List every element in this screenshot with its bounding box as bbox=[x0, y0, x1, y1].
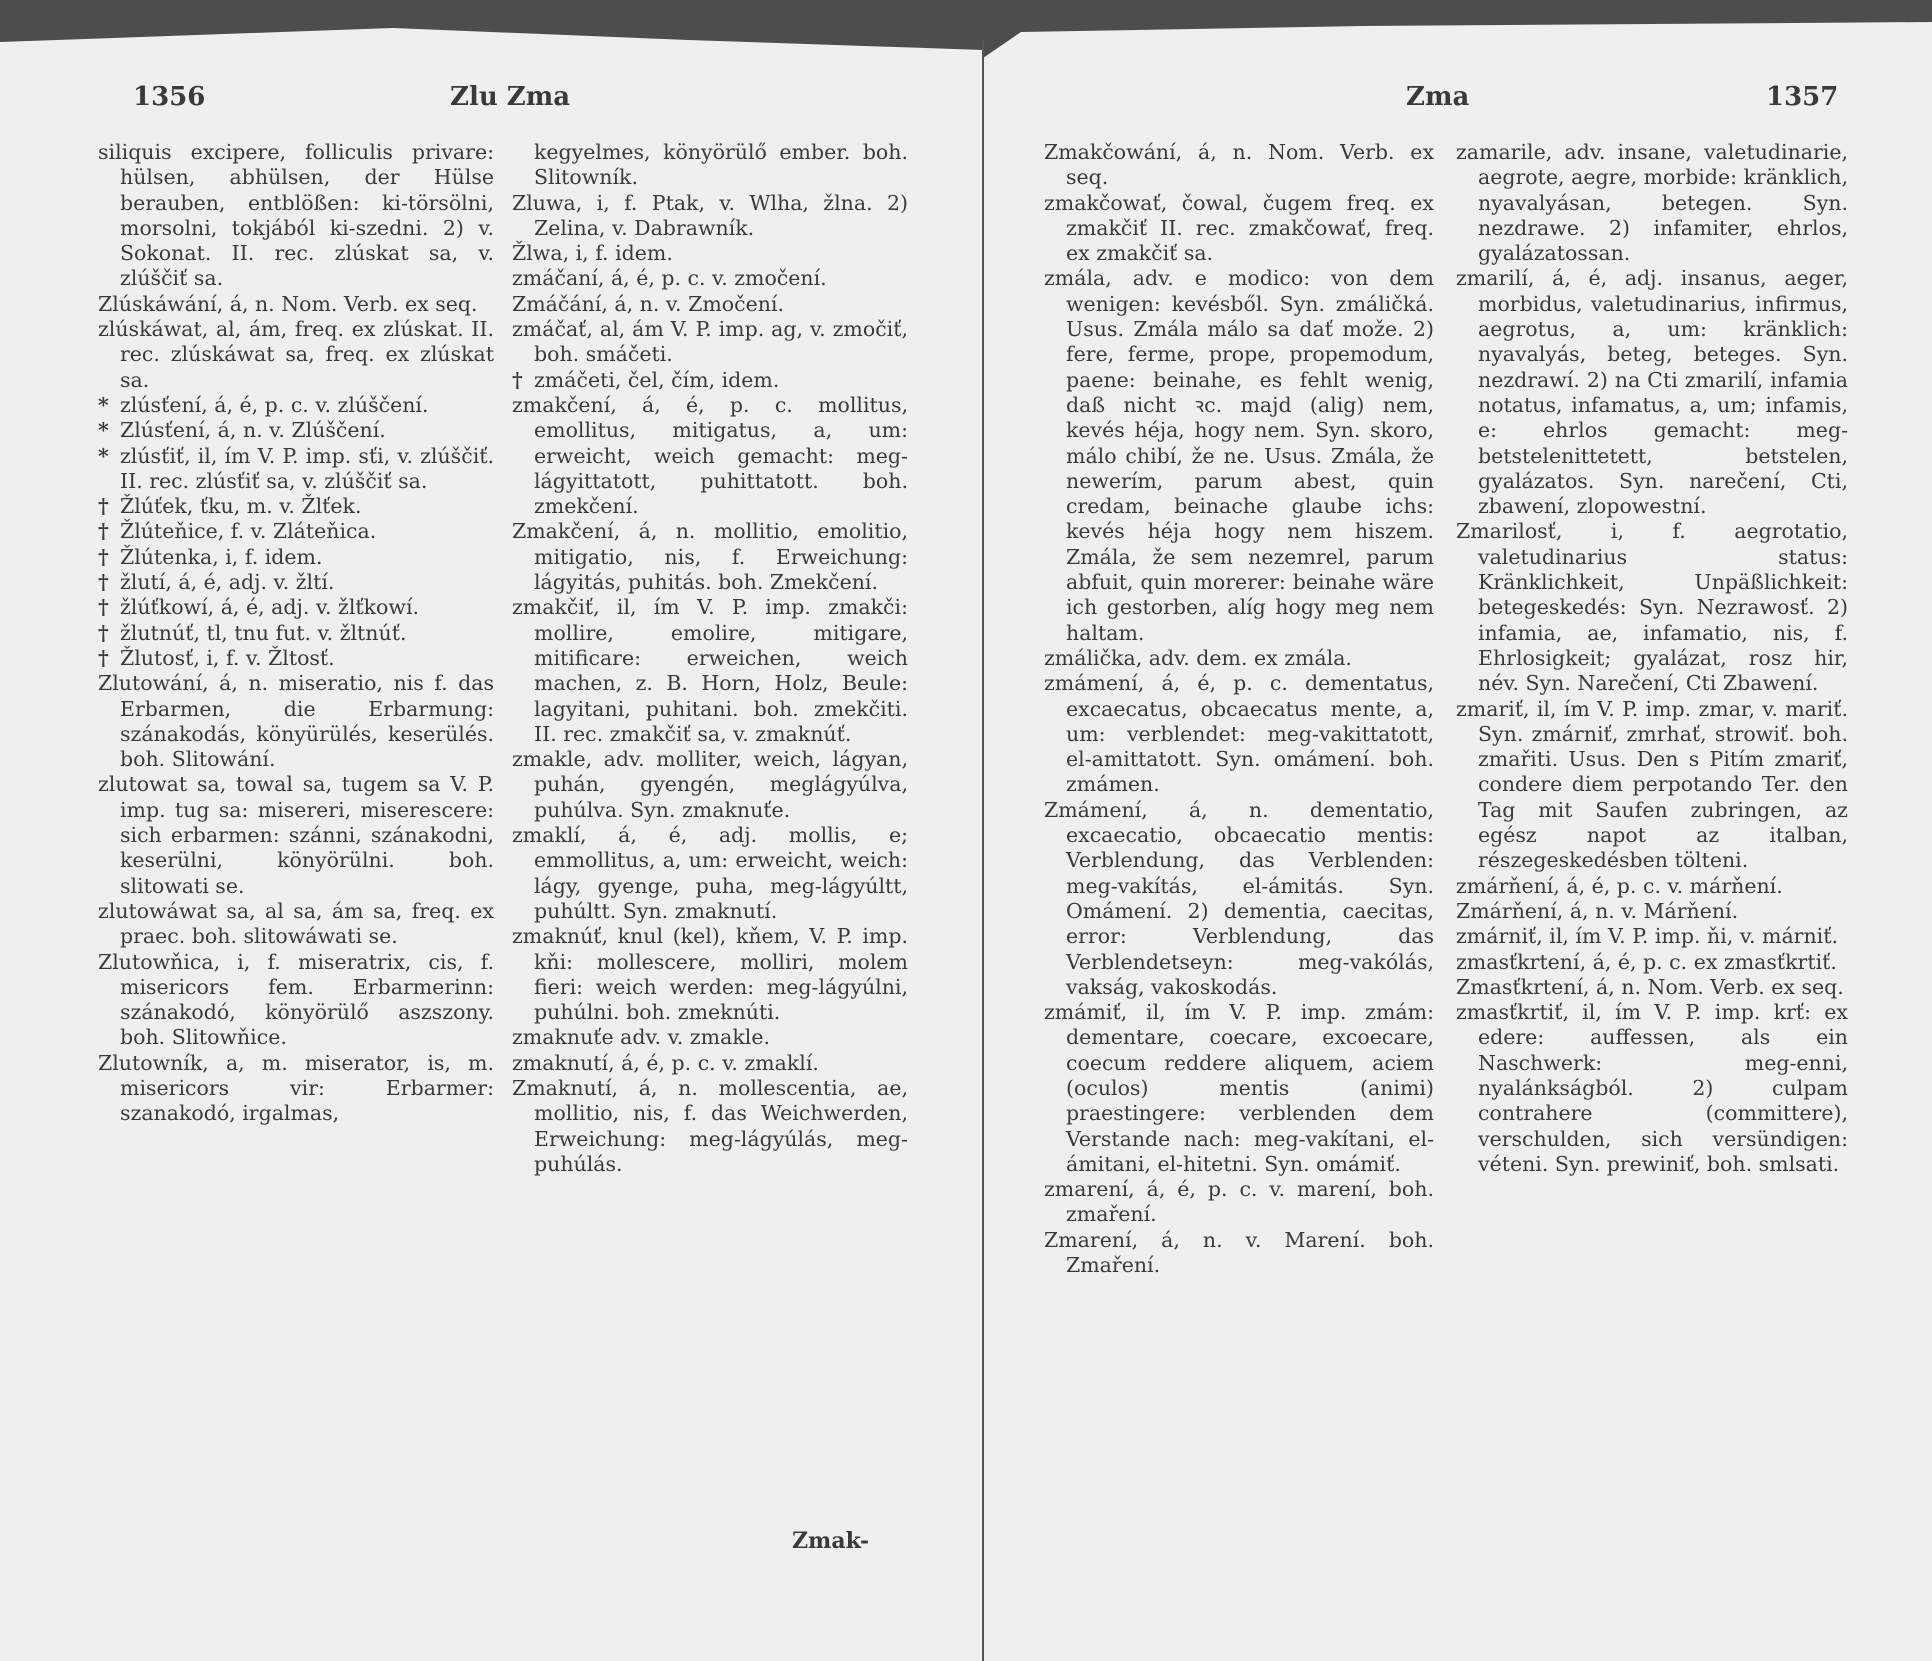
dagger-marker: † bbox=[512, 368, 534, 393]
dictionary-entry: siliquis excipere, folliculis privare: h… bbox=[98, 140, 494, 292]
dictionary-entry: zmakle, adv. molliter, weich, lágyan, pu… bbox=[512, 747, 908, 823]
dictionary-entry: Zmámení, á, n. dementatio, excaecatio, o… bbox=[1044, 798, 1434, 1000]
dictionary-entry: zmáčať, al, ám V. P. imp. ag, v. zmočiť,… bbox=[512, 317, 908, 368]
dictionary-entry: Zmárňení, á, n. v. Márňení. bbox=[1456, 899, 1848, 924]
entry-text: Zmarení, á, n. v. Marení. boh. Zmaření. bbox=[1044, 1228, 1434, 1277]
dictionary-entry: Zmakčowání, á, n. Nom. Verb. ex seq. bbox=[1044, 140, 1434, 191]
entry-text: zmakčowať, čowal, čugem freq. ex zmakčiť… bbox=[1044, 191, 1434, 266]
entry-text: zmámení, á, é, p. c. dementatus, excaeca… bbox=[1044, 671, 1434, 796]
entry-text: zmaknuťe adv. v. zmakle. bbox=[512, 1025, 770, 1049]
dictionary-entry: zmasťkrtiť, il, ím V. P. imp. krť: ex ed… bbox=[1456, 1000, 1848, 1177]
right-page-column-1: Zmakčowání, á, n. Nom. Verb. ex seq.zmak… bbox=[1044, 140, 1434, 1278]
entry-text: zlúsťení, á, é, p. c. v. zlúščení. bbox=[120, 393, 428, 417]
dictionary-entry: zmáčaní, á, é, p. c. v. zmočení. bbox=[512, 266, 908, 291]
book-gutter bbox=[982, 40, 984, 1661]
dictionary-entry: †žlúťkowí, á, é, adj. v. žlťkowí. bbox=[98, 595, 494, 620]
dictionary-entry: zmaklí, á, é, adj. mollis, e; emmollitus… bbox=[512, 823, 908, 924]
entry-text: Zlúskáwání, á, n. Nom. Verb. ex seq. bbox=[98, 292, 477, 316]
entry-text: zmárniť, il, ím V. P. imp. ňi, v. márniť… bbox=[1456, 924, 1838, 948]
entry-text: zmarilí, á, é, adj. insanus, aeger, morb… bbox=[1456, 266, 1848, 518]
dictionary-entry: zmárniť, il, ím V. P. imp. ňi, v. márniť… bbox=[1456, 924, 1848, 949]
dictionary-entry: zmárňení, á, é, p. c. v. márňení. bbox=[1456, 874, 1848, 899]
left-page-number: 1356 bbox=[133, 82, 205, 112]
dagger-marker: † bbox=[98, 621, 120, 646]
entry-text: zmasťkrtení, á, é, p. c. ex zmasťkrtiť. bbox=[1456, 950, 1837, 974]
dictionary-entry: zmakčení, á, é, p. c. mollitus, emollitu… bbox=[512, 393, 908, 519]
dictionary-entry: Zlutowání, á, n. miseratio, nis f. das E… bbox=[98, 671, 494, 772]
entry-text: zmálička, adv. dem. ex zmála. bbox=[1044, 646, 1352, 670]
entry-text: zlutowáwat sa, al sa, ám sa, freq. ex pr… bbox=[98, 899, 494, 948]
entry-text: Zlutowání, á, n. miseratio, nis f. das E… bbox=[98, 671, 494, 771]
entry-text: Žlúteňice, f. v. Zláteňica. bbox=[120, 519, 376, 543]
right-page-number: 1357 bbox=[1766, 82, 1838, 112]
entry-text: zmála, adv. e modico: von dem wenigen: k… bbox=[1044, 266, 1434, 644]
entry-text: žlutnúť, tl, tnu fut. v. žltnúť. bbox=[120, 621, 406, 645]
entry-text: zmarení, á, é, p. c. v. marení, boh. zma… bbox=[1044, 1177, 1434, 1226]
dictionary-entry: Zmarení, á, n. v. Marení. boh. Zmaření. bbox=[1044, 1228, 1434, 1279]
dictionary-entry: Zmarilosť, i, f. aegrotatio, valetudinar… bbox=[1456, 519, 1848, 696]
dictionary-entry: *Zlúsťení, á, n. v. Zlúščení. bbox=[98, 418, 494, 443]
dictionary-entry: zmámení, á, é, p. c. dementatus, excaeca… bbox=[1044, 671, 1434, 797]
entry-text: zmaknúť, knul (kel), kňem, V. P. imp. kň… bbox=[512, 924, 908, 1024]
dictionary-entry: zmarilí, á, é, adj. insanus, aeger, morb… bbox=[1456, 266, 1848, 519]
entry-text: zlutowat sa, towal sa, tugem sa V. P. im… bbox=[98, 772, 494, 897]
catchword: Zmak- bbox=[792, 1528, 869, 1554]
dictionary-entry: Zlutowňica, i, f. miseratrix, cis, f. mi… bbox=[98, 950, 494, 1051]
entry-text: Zmarilosť, i, f. aegrotatio, valetudinar… bbox=[1456, 519, 1848, 695]
dictionary-entry: †Žlúteňice, f. v. Zláteňica. bbox=[98, 519, 494, 544]
dictionary-entry: zmaknutí, á, é, p. c. v. zmaklí. bbox=[512, 1051, 908, 1076]
entry-text: Zmámení, á, n. dementatio, excaecatio, o… bbox=[1044, 798, 1434, 999]
entry-text: Zlutowňica, i, f. miseratrix, cis, f. mi… bbox=[98, 950, 494, 1050]
entry-text: Zmakčowání, á, n. Nom. Verb. ex seq. bbox=[1044, 140, 1434, 189]
entry-text: zmakle, adv. molliter, weich, lágyan, pu… bbox=[512, 747, 908, 822]
entry-text: kegyelmes, könyörülő ember. boh. Slitown… bbox=[534, 140, 908, 189]
dictionary-entry: zmasťkrtení, á, é, p. c. ex zmasťkrtiť. bbox=[1456, 950, 1848, 975]
entry-text: zmaknutí, á, é, p. c. v. zmaklí. bbox=[512, 1051, 819, 1075]
right-running-head: Zma bbox=[1406, 82, 1469, 112]
dictionary-entry: zmála, adv. e modico: von dem wenigen: k… bbox=[1044, 266, 1434, 645]
dictionary-entry: zmaknúť, knul (kel), kňem, V. P. imp. kň… bbox=[512, 924, 908, 1025]
dagger-marker: † bbox=[98, 570, 120, 595]
entry-text: zmáčeti, čel, čím, idem. bbox=[534, 368, 779, 392]
entry-text: žlutí, á, é, adj. v. žltí. bbox=[120, 570, 334, 594]
entry-text: Zmárňení, á, n. v. Márňení. bbox=[1456, 899, 1738, 923]
entry-text: Žlwa, i, f. idem. bbox=[512, 241, 673, 265]
entry-text: zmáčať, al, ám V. P. imp. ag, v. zmočiť,… bbox=[512, 317, 908, 366]
dictionary-entry: zamarile, adv. insane, valetudinarie, ae… bbox=[1456, 140, 1848, 266]
dictionary-entry: zmakčiť, il, ím V. P. imp. zmakči: molli… bbox=[512, 595, 908, 747]
dictionary-entry: Zmáčání, á, n. v. Zmočení. bbox=[512, 292, 908, 317]
dictionary-entry: zmakčowať, čowal, čugem freq. ex zmakčiť… bbox=[1044, 191, 1434, 267]
entry-text: Zmáčání, á, n. v. Zmočení. bbox=[512, 292, 784, 316]
entry-text: zamarile, adv. insane, valetudinarie, ae… bbox=[1456, 140, 1848, 265]
left-running-head: Zlu Zma bbox=[450, 82, 570, 112]
dagger-marker: † bbox=[98, 519, 120, 544]
left-page-column-1: siliquis excipere, folliculis privare: h… bbox=[98, 140, 494, 1127]
dictionary-entry: †zmáčeti, čel, čím, idem. bbox=[512, 368, 908, 393]
dictionary-entry: †Žlúťek, ťku, m. v. Žlťek. bbox=[98, 494, 494, 519]
entry-text: siliquis excipere, folliculis privare: h… bbox=[98, 140, 494, 290]
entry-text: Zmaknutí, á, n. mollescentia, ae, mollit… bbox=[512, 1076, 908, 1176]
dictionary-entry: Zlutowník, a, m. miserator, is, m. miser… bbox=[98, 1051, 494, 1127]
dagger-marker: † bbox=[98, 545, 120, 570]
entry-text: Zmasťkrtení, á, n. Nom. Verb. ex seq. bbox=[1456, 975, 1844, 999]
dagger-marker: † bbox=[98, 646, 120, 671]
dictionary-entry: zmámiť, il, ím V. P. imp. zmám: dementar… bbox=[1044, 1000, 1434, 1177]
dagger-marker: † bbox=[98, 595, 120, 620]
dictionary-entry: Žlwa, i, f. idem. bbox=[512, 241, 908, 266]
entry-text: zmaklí, á, é, adj. mollis, e; emmollitus… bbox=[512, 823, 908, 923]
dictionary-entry: zlúskáwat, al, ám, freq. ex zlúskat. II.… bbox=[98, 317, 494, 393]
asterisk-marker: * bbox=[98, 418, 120, 443]
asterisk-marker: * bbox=[98, 444, 120, 469]
entry-text: Zmakčení, á, n. mollitio, emolitio, miti… bbox=[512, 519, 908, 594]
dictionary-entry: *zlúsťiť, il, ím V. P. imp. sťi, v. zlúš… bbox=[98, 444, 494, 495]
entry-text: Žlutosť, i, f. v. Žltosť. bbox=[120, 646, 335, 670]
dictionary-entry: Zmakčení, á, n. mollitio, emolitio, miti… bbox=[512, 519, 908, 595]
dictionary-entry: Zmaknutí, á, n. mollescentia, ae, mollit… bbox=[512, 1076, 908, 1177]
dictionary-entry: Zluwa, i, f. Ptak, v. Wlha, žlna. 2) Zel… bbox=[512, 191, 908, 242]
entry-text: zmasťkrtiť, il, ím V. P. imp. krť: ex ed… bbox=[1456, 1000, 1848, 1176]
entry-text: zmakčiť, il, ím V. P. imp. zmakči: molli… bbox=[512, 595, 908, 745]
entry-text: zmariť, il, ím V. P. imp. zmar, v. mariť… bbox=[1456, 697, 1848, 873]
dictionary-entry: †Žlutosť, i, f. v. Žltosť. bbox=[98, 646, 494, 671]
dictionary-entry: kegyelmes, könyörülő ember. boh. Slitown… bbox=[512, 140, 908, 191]
right-page-column-2: zamarile, adv. insane, valetudinarie, ae… bbox=[1456, 140, 1848, 1177]
book-spread: 1356 Zlu Zma Zma 1357 siliquis excipere,… bbox=[0, 0, 1932, 1661]
entry-text: zmárňení, á, é, p. c. v. márňení. bbox=[1456, 874, 1783, 898]
dagger-marker: † bbox=[98, 494, 120, 519]
dictionary-entry: Zmasťkrtení, á, n. Nom. Verb. ex seq. bbox=[1456, 975, 1848, 1000]
dictionary-entry: †žlutnúť, tl, tnu fut. v. žltnúť. bbox=[98, 621, 494, 646]
left-page-column-2: kegyelmes, könyörülő ember. boh. Slitown… bbox=[512, 140, 908, 1177]
asterisk-marker: * bbox=[98, 393, 120, 418]
entry-text: žlúťkowí, á, é, adj. v. žlťkowí. bbox=[120, 595, 419, 619]
entry-text: Žlúťek, ťku, m. v. Žlťek. bbox=[120, 494, 362, 518]
entry-text: zmámiť, il, ím V. P. imp. zmám: dementar… bbox=[1044, 1000, 1434, 1176]
entry-text: zlúskáwat, al, ám, freq. ex zlúskat. II.… bbox=[98, 317, 494, 392]
dictionary-entry: zmálička, adv. dem. ex zmála. bbox=[1044, 646, 1434, 671]
dictionary-entry: †žlutí, á, é, adj. v. žltí. bbox=[98, 570, 494, 595]
entry-text: Zlúsťení, á, n. v. Zlúščení. bbox=[120, 418, 386, 442]
entry-text: Zluwa, i, f. Ptak, v. Wlha, žlna. 2) Zel… bbox=[512, 191, 908, 240]
dictionary-entry: Zlúskáwání, á, n. Nom. Verb. ex seq. bbox=[98, 292, 494, 317]
entry-text: zmáčaní, á, é, p. c. v. zmočení. bbox=[512, 266, 827, 290]
dictionary-entry: zlutowáwat sa, al sa, ám sa, freq. ex pr… bbox=[98, 899, 494, 950]
entry-text: zlúsťiť, il, ím V. P. imp. sťi, v. zlúšč… bbox=[120, 444, 494, 493]
dictionary-entry: zmarení, á, é, p. c. v. marení, boh. zma… bbox=[1044, 1177, 1434, 1228]
dictionary-entry: zmaknuťe adv. v. zmakle. bbox=[512, 1025, 908, 1050]
dictionary-entry: †Žlútenka, i, f. idem. bbox=[98, 545, 494, 570]
entry-text: Zlutowník, a, m. miserator, is, m. miser… bbox=[98, 1051, 494, 1126]
entry-text: zmakčení, á, é, p. c. mollitus, emollitu… bbox=[512, 393, 908, 518]
dictionary-entry: *zlúsťení, á, é, p. c. v. zlúščení. bbox=[98, 393, 494, 418]
entry-text: Žlútenka, i, f. idem. bbox=[120, 545, 323, 569]
dictionary-entry: zmariť, il, ím V. P. imp. zmar, v. mariť… bbox=[1456, 697, 1848, 874]
dictionary-entry: zlutowat sa, towal sa, tugem sa V. P. im… bbox=[98, 772, 494, 898]
